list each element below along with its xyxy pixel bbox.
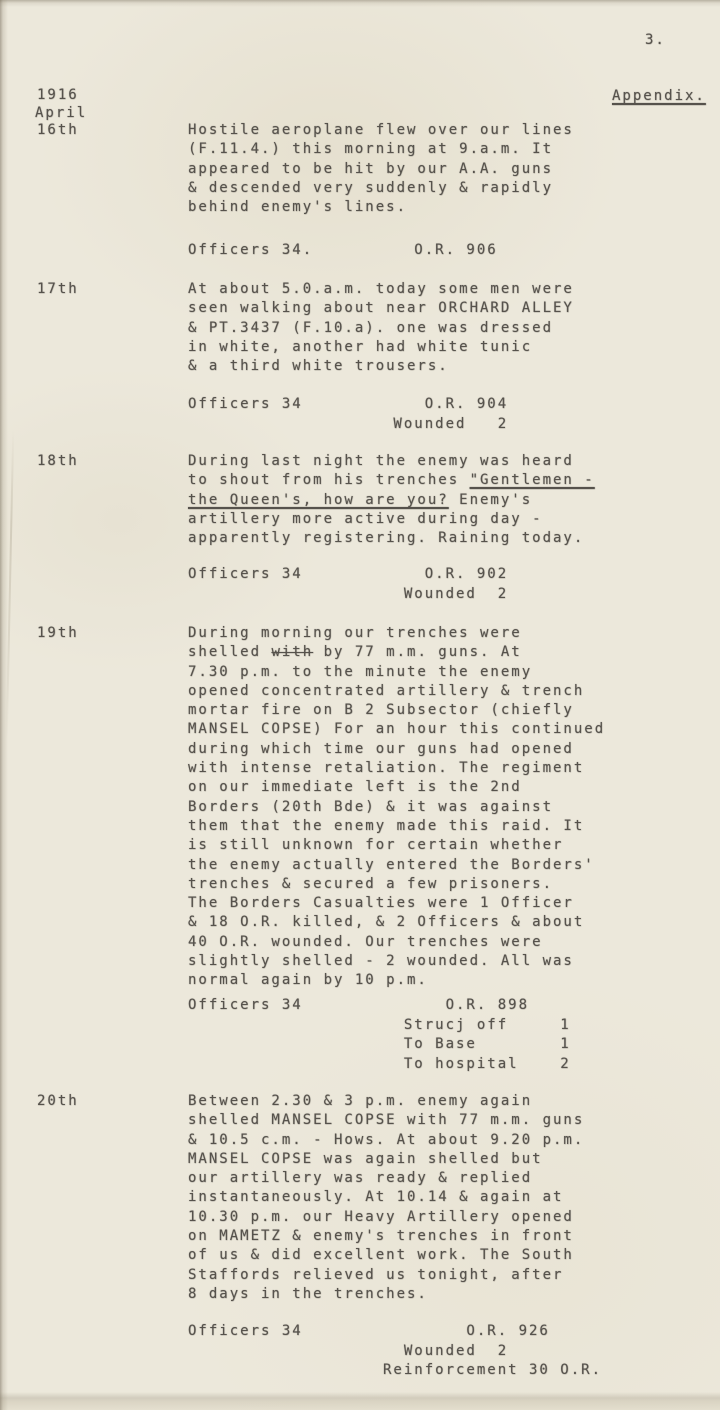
entry-line: shelled with by 77 m.m. guns. At	[188, 643, 658, 662]
stats-row: To hospital 2	[383, 1055, 571, 1075]
text-segment: Enemy's	[449, 492, 532, 508]
stats-figures: O.R. 904 Wounded 2	[383, 395, 508, 434]
entry-line: seen walking about near ORCHARD ALLEY	[188, 299, 658, 318]
entry-line: The Borders Casualties were 1 Officer	[188, 894, 658, 913]
stats-row: O.R. 904	[383, 395, 508, 415]
entry-line: apparently registering. Raining today.	[188, 529, 658, 548]
stats-figures: O.R. 898 Strucj off 1 To Base 1 To hospi…	[383, 996, 571, 1074]
entry-line: & a third white trousers.	[188, 357, 658, 376]
paper-crease	[6, 430, 14, 740]
entry-line: At about 5.0.a.m. today some men were	[188, 280, 658, 299]
entry-date: 20th	[37, 1092, 79, 1111]
stats-row: Reinforcement 30 O.R.	[383, 1361, 602, 1381]
entry-line: shelled MANSEL COPSE with 77 m.m. guns	[188, 1111, 658, 1130]
entry-line: on our immediate left is the 2nd	[188, 778, 658, 797]
text-segment: to shout from his trenches	[188, 472, 470, 488]
entry-line: to shout from his trenches "Gentlemen -	[188, 471, 658, 490]
entry-line: (F.11.4.) this morning at 9.a.m. It	[188, 140, 658, 159]
stats-row: Strucj off 1	[383, 1016, 571, 1036]
stats-officers: Officers 34	[188, 996, 303, 1015]
entry-date: 17th	[37, 280, 79, 299]
stats-figures: O.R. 906	[383, 241, 498, 261]
stats-officers: Officers 34	[188, 1322, 303, 1341]
entry-line: normal again by 10 p.m.	[188, 971, 658, 990]
struck-out-word: with	[271, 644, 313, 660]
stats-row: O.R. 906	[383, 241, 498, 261]
stats-figures: O.R. 926 Wounded 2Reinforcement 30 O.R.	[383, 1322, 602, 1381]
stats-row: To Base 1	[383, 1035, 571, 1055]
stats-officers: Officers 34	[188, 565, 303, 584]
entry-text: At about 5.0.a.m. today some men weresee…	[188, 280, 658, 376]
entry-line: with intense retaliation. The regiment	[188, 759, 658, 778]
entry-text: During last night the enemy was heardto …	[188, 452, 658, 548]
entry-line: on MAMETZ & enemy's trenches in front	[188, 1227, 658, 1246]
entry-text: During morning our trenches wereshelled …	[188, 624, 658, 991]
entry-line: behind enemy's lines.	[188, 198, 658, 217]
entry-line: is still unknown for certain whether	[188, 836, 658, 855]
text-segment: shelled	[188, 644, 271, 660]
entry-line: them that the enemy made this raid. It	[188, 817, 658, 836]
entry-line: MANSEL COPSE was again shelled but	[188, 1150, 658, 1169]
text-segment: by 77 m.m. guns. At	[313, 644, 522, 660]
entry-line: MANSEL COPSE) For an hour this continued	[188, 720, 658, 739]
entry-line: our artillery was ready & replied	[188, 1169, 658, 1188]
entry-date: 19th	[37, 624, 79, 643]
entry-line: trenches & secured a few prisoners.	[188, 875, 658, 894]
entry-line: during which time our guns had opened	[188, 740, 658, 759]
entry-line: opened concentrated artillery & trench	[188, 682, 658, 701]
entry-line: Hostile aeroplane flew over our lines	[188, 121, 658, 140]
entry-line: & descended very suddenly & rapidly	[188, 179, 658, 198]
entry-line: the enemy actually entered the Borders'	[188, 856, 658, 875]
stats-figures: O.R. 902 Wounded 2	[383, 565, 508, 604]
stats-officers: Officers 34	[188, 395, 303, 414]
entry-line: mortar fire on B 2 Subsector (chiefly	[188, 701, 658, 720]
entry-line: the Queen's, how are you? Enemy's	[188, 491, 658, 510]
entry-line: appeared to be hit by our A.A. guns	[188, 160, 658, 179]
appendix-label: Appendix.	[612, 87, 706, 106]
entry-line: instantaneously. At 10.14 & again at	[188, 1188, 658, 1207]
stats-row: O.R. 902	[383, 565, 508, 585]
page-number: 3.	[645, 31, 666, 50]
entry-text: Hostile aeroplane flew over our lines(F.…	[188, 121, 658, 217]
entry-line: 7.30 p.m. to the minute the enemy	[188, 663, 658, 682]
entry-line: Staffords relieved us tonight, after	[188, 1266, 658, 1285]
entry-line: & 18 O.R. killed, & 2 Officers & about	[188, 913, 658, 932]
stats-officers: Officers 34.	[188, 241, 313, 260]
stats-row: O.R. 926	[383, 1322, 602, 1342]
stats-row: Wounded 2	[383, 585, 508, 605]
diary-year: 1916	[37, 86, 79, 105]
entry-line: of us & did excellent work. The South	[188, 1246, 658, 1265]
entry-line: 40 O.R. wounded. Our trenches were	[188, 933, 658, 952]
entry-line: During last night the enemy was heard	[188, 452, 658, 471]
entry-line: 10.30 p.m. our Heavy Artillery opened	[188, 1208, 658, 1227]
entry-line: & 10.5 c.m. - Hows. At about 9.20 p.m.	[188, 1131, 658, 1150]
entry-date: 18th	[37, 452, 79, 471]
underlined-phrase: "Gentlemen -	[470, 472, 595, 488]
entry-line: in white, another had white tunic	[188, 338, 658, 357]
entry-line: Between 2.30 & 3 p.m. enemy again	[188, 1092, 658, 1111]
entry-text: Between 2.30 & 3 p.m. enemy againshelled…	[188, 1092, 658, 1304]
entry-line: Borders (20th Bde) & it was against	[188, 798, 658, 817]
entry-line: artillery more active during day -	[188, 510, 658, 529]
entry-line: slightly shelled - 2 wounded. All was	[188, 952, 658, 971]
entry-line: During morning our trenches were	[188, 624, 658, 643]
entry-date: 16th	[37, 121, 79, 140]
diary-page: 3. Appendix. 1916 April 16thHostile aero…	[0, 0, 720, 1410]
entry-line: & PT.3437 (F.10.a). one was dressed	[188, 319, 658, 338]
stats-row: Wounded 2	[383, 1342, 602, 1362]
stats-row: O.R. 898	[383, 996, 571, 1016]
entry-line: 8 days in the trenches.	[188, 1285, 658, 1304]
underlined-phrase: the Queen's, how are you?	[188, 492, 449, 508]
stats-row: Wounded 2	[383, 415, 508, 435]
